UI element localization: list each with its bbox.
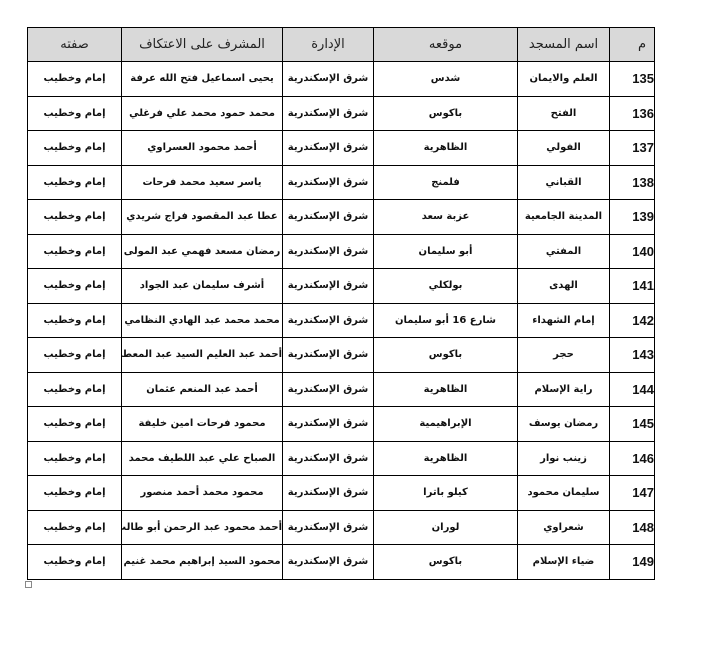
table-row: 148شعراويلورانشرق الإسكندريةأحمد محمود ع… bbox=[28, 510, 655, 545]
cell-administration: شرق الإسكندرية bbox=[283, 545, 374, 580]
cell-mosque-name: الفتح bbox=[518, 96, 610, 131]
cell-mosque-name: شعراوي bbox=[518, 510, 610, 545]
cell-mosque-name: سليمان محمود bbox=[518, 476, 610, 511]
cell-num: 145 bbox=[610, 407, 655, 442]
cell-location: فلمنج bbox=[374, 165, 518, 200]
table-row: 136الفتحباكوسشرق الإسكندريةمحمد حمود محم… bbox=[28, 96, 655, 131]
cell-location: أبو سليمان bbox=[374, 234, 518, 269]
cell-supervisor: محمود محمد أحمد منصور bbox=[122, 476, 283, 511]
cell-role: إمام وخطيب bbox=[28, 131, 122, 166]
header-role: صفته bbox=[28, 28, 122, 62]
table-row: 137الفوليالظاهريةشرق الإسكندريةأحمد محمو… bbox=[28, 131, 655, 166]
cell-location: الظاهرية bbox=[374, 441, 518, 476]
cell-supervisor: أشرف سليمان عبد الجواد bbox=[122, 269, 283, 304]
table-header-row: م اسم المسجد موقعه الإدارة المشرف على ال… bbox=[28, 28, 655, 62]
cell-mosque-name: رمضان يوسف bbox=[518, 407, 610, 442]
cell-administration: شرق الإسكندرية bbox=[283, 96, 374, 131]
cell-location: شدس bbox=[374, 62, 518, 97]
cell-role: إمام وخطيب bbox=[28, 200, 122, 235]
cell-role: إمام وخطيب bbox=[28, 62, 122, 97]
cell-location: باكوس bbox=[374, 338, 518, 373]
cell-location: الظاهرية bbox=[374, 372, 518, 407]
cell-role: إمام وخطيب bbox=[28, 269, 122, 304]
cell-mosque-name: المدينة الجامعية bbox=[518, 200, 610, 235]
cell-location: شارع 16 أبو سليمان bbox=[374, 303, 518, 338]
cell-supervisor: الصباح علي عبد اللطيف محمد bbox=[122, 441, 283, 476]
cell-role: إمام وخطيب bbox=[28, 441, 122, 476]
cell-administration: شرق الإسكندرية bbox=[283, 510, 374, 545]
cell-mosque-name: القباني bbox=[518, 165, 610, 200]
cell-location: لوران bbox=[374, 510, 518, 545]
cell-role: إمام وخطيب bbox=[28, 545, 122, 580]
cell-mosque-name: الهدى bbox=[518, 269, 610, 304]
cell-num: 139 bbox=[610, 200, 655, 235]
cell-role: إمام وخطيب bbox=[28, 234, 122, 269]
table-row: 138القبانيفلمنجشرق الإسكندريةياسر سعيد م… bbox=[28, 165, 655, 200]
cell-num: 149 bbox=[610, 545, 655, 580]
cell-role: إمام وخطيب bbox=[28, 165, 122, 200]
cell-num: 148 bbox=[610, 510, 655, 545]
cell-role: إمام وخطيب bbox=[28, 510, 122, 545]
cell-num: 136 bbox=[610, 96, 655, 131]
cell-mosque-name: زينب نوار bbox=[518, 441, 610, 476]
cell-num: 143 bbox=[610, 338, 655, 373]
cell-num: 138 bbox=[610, 165, 655, 200]
cell-location: الإبراهيمية bbox=[374, 407, 518, 442]
table-row: 139المدينة الجامعيةعزبة سعدشرق الإسكندري… bbox=[28, 200, 655, 235]
cell-role: إمام وخطيب bbox=[28, 407, 122, 442]
cell-supervisor: يحيى اسماعيل فتح الله عرفة bbox=[122, 62, 283, 97]
cell-location: باكوس bbox=[374, 545, 518, 580]
cell-location: بولكلي bbox=[374, 269, 518, 304]
cell-mosque-name: المفتي bbox=[518, 234, 610, 269]
table-row: 146زينب نوارالظاهريةشرق الإسكندريةالصباح… bbox=[28, 441, 655, 476]
cell-location: كيلو باترا bbox=[374, 476, 518, 511]
cell-supervisor: أحمد عبد العليم السيد عبد المعطى bbox=[122, 338, 283, 373]
cell-mosque-name: الفولي bbox=[518, 131, 610, 166]
cell-location: باكوس bbox=[374, 96, 518, 131]
table-row: 144راية الإسلامالظاهريةشرق الإسكندريةأحم… bbox=[28, 372, 655, 407]
cell-location: عزبة سعد bbox=[374, 200, 518, 235]
table-row: 149ضياء الإسلامباكوسشرق الإسكندريةمحمود … bbox=[28, 545, 655, 580]
cell-supervisor: محمد محمد عبد الهادي النظامي bbox=[122, 303, 283, 338]
cell-administration: شرق الإسكندرية bbox=[283, 200, 374, 235]
cell-mosque-name: العلم والايمان bbox=[518, 62, 610, 97]
cell-supervisor: أحمد محمود عبد الرحمن أبو طالب bbox=[122, 510, 283, 545]
cell-administration: شرق الإسكندرية bbox=[283, 303, 374, 338]
table-row: 140المفتيأبو سليمانشرق الإسكندريةرمضان م… bbox=[28, 234, 655, 269]
table-row: 147سليمان محمودكيلو باتراشرق الإسكندريةم… bbox=[28, 476, 655, 511]
header-num: م bbox=[610, 28, 655, 62]
cell-num: 135 bbox=[610, 62, 655, 97]
cell-role: إمام وخطيب bbox=[28, 96, 122, 131]
cell-supervisor: عطا عبد المقصود فراج شريدي bbox=[122, 200, 283, 235]
cell-supervisor: محمود فرحات امين خليفة bbox=[122, 407, 283, 442]
cell-supervisor: أحمد محمود العسراوي bbox=[122, 131, 283, 166]
document-page: م اسم المسجد موقعه الإدارة المشرف على ال… bbox=[0, 0, 718, 670]
cell-num: 142 bbox=[610, 303, 655, 338]
cell-administration: شرق الإسكندرية bbox=[283, 234, 374, 269]
header-administration: الإدارة bbox=[283, 28, 374, 62]
cell-num: 146 bbox=[610, 441, 655, 476]
cell-role: إمام وخطيب bbox=[28, 303, 122, 338]
header-mosque-name: اسم المسجد bbox=[518, 28, 610, 62]
table-end-anchor-marker bbox=[25, 581, 32, 588]
cell-mosque-name: حجر bbox=[518, 338, 610, 373]
cell-administration: شرق الإسكندرية bbox=[283, 338, 374, 373]
header-location: موقعه bbox=[374, 28, 518, 62]
mosques-table: م اسم المسجد موقعه الإدارة المشرف على ال… bbox=[27, 27, 655, 580]
cell-administration: شرق الإسكندرية bbox=[283, 476, 374, 511]
table-row: 135العلم والايمانشدسشرق الإسكندريةيحيى ا… bbox=[28, 62, 655, 97]
cell-role: إمام وخطيب bbox=[28, 476, 122, 511]
cell-administration: شرق الإسكندرية bbox=[283, 131, 374, 166]
cell-num: 137 bbox=[610, 131, 655, 166]
cell-num: 141 bbox=[610, 269, 655, 304]
cell-num: 140 bbox=[610, 234, 655, 269]
table-row: 145رمضان يوسفالإبراهيميةشرق الإسكندريةمح… bbox=[28, 407, 655, 442]
cell-supervisor: محمد حمود محمد علي فرغلي bbox=[122, 96, 283, 131]
cell-administration: شرق الإسكندرية bbox=[283, 441, 374, 476]
header-supervisor: المشرف على الاعتكاف bbox=[122, 28, 283, 62]
cell-mosque-name: راية الإسلام bbox=[518, 372, 610, 407]
cell-role: إمام وخطيب bbox=[28, 338, 122, 373]
cell-administration: شرق الإسكندرية bbox=[283, 269, 374, 304]
cell-supervisor: رمضان مسعد فهمي عبد المولى bbox=[122, 234, 283, 269]
table-row: 142إمام الشهداءشارع 16 أبو سليمانشرق الإ… bbox=[28, 303, 655, 338]
cell-administration: شرق الإسكندرية bbox=[283, 372, 374, 407]
cell-num: 147 bbox=[610, 476, 655, 511]
cell-num: 144 bbox=[610, 372, 655, 407]
cell-role: إمام وخطيب bbox=[28, 372, 122, 407]
cell-supervisor: محمود السيد إبراهيم محمد غنيم bbox=[122, 545, 283, 580]
cell-administration: شرق الإسكندرية bbox=[283, 407, 374, 442]
cell-mosque-name: إمام الشهداء bbox=[518, 303, 610, 338]
cell-mosque-name: ضياء الإسلام bbox=[518, 545, 610, 580]
cell-supervisor: ياسر سعيد محمد فرحات bbox=[122, 165, 283, 200]
cell-administration: شرق الإسكندرية bbox=[283, 165, 374, 200]
cell-location: الظاهرية bbox=[374, 131, 518, 166]
table-row: 141الهدىبولكليشرق الإسكندريةأشرف سليمان … bbox=[28, 269, 655, 304]
cell-supervisor: أحمد عبد المنعم عثمان bbox=[122, 372, 283, 407]
cell-administration: شرق الإسكندرية bbox=[283, 62, 374, 97]
table-row: 143حجرباكوسشرق الإسكندريةأحمد عبد العليم… bbox=[28, 338, 655, 373]
